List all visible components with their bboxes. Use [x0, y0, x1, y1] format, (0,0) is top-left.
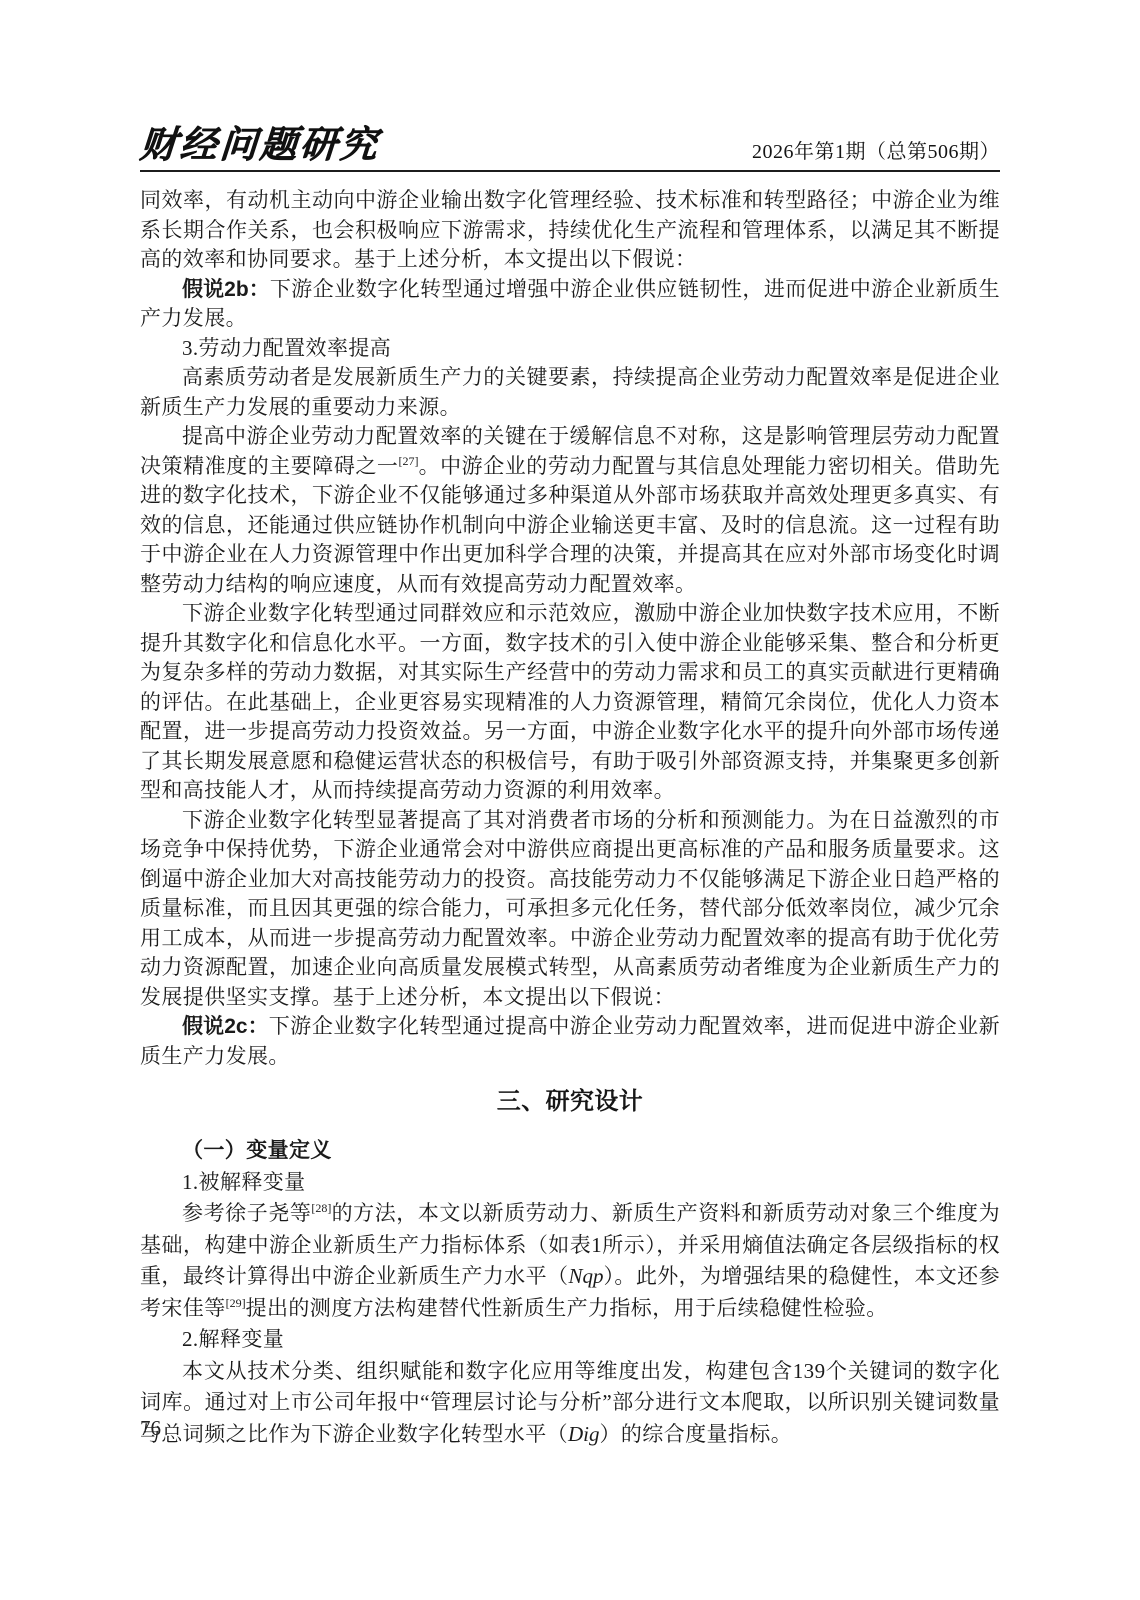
variable-nqp: Nqp [568, 1264, 603, 1288]
subsection-explanatory-variable: 2.解释变量 [140, 1324, 1000, 1356]
paragraph-labor-intro: 高素质劳动者是发展新质生产力的关键要素，持续提高企业劳动力配置效率是促进企业新质… [140, 363, 1000, 422]
paragraph-explanatory-variable: 本文从技术分类、组织赋能和数字化应用等维度出发，构建包含139个关键词的数字化词… [140, 1356, 1000, 1451]
paragraph-continuation: 同效率，有动机主动向中游企业输出数字化管理经验、技术标准和转型路径；中游企业为维… [140, 186, 1000, 275]
page-number: 76 [140, 1416, 161, 1441]
citation-27: [27] [398, 454, 418, 468]
hypothesis-2b: 假说2b：下游企业数字化转型通过增强中游企业供应链韧性，进而促进中游企业新质生产… [140, 275, 1000, 334]
subsection-explained-variable: 1.被解释变量 [140, 1167, 1000, 1199]
paragraph-labor-info: 提高中游企业劳动力配置效率的关键在于缓解信息不对称，这是影响管理层劳动力配置决策… [140, 422, 1000, 599]
subsection-variable-definition: （一）变量定义 [140, 1135, 1000, 1167]
page-header: 财经问题研究 2026年第1期（总第506期） [140, 124, 1000, 170]
variables-section: （一）变量定义 1.被解释变量 参考徐子尧等[28]的方法，本文以新质劳动力、新… [140, 1135, 1000, 1450]
paragraph-text: ）的综合度量指标。 [600, 1422, 793, 1446]
header-divider [140, 170, 1000, 172]
paragraph-text: 参考徐子尧等 [182, 1201, 311, 1225]
article-body: 同效率，有动机主动向中游企业输出数字化管理经验、技术标准和转型路径；中游企业为维… [140, 186, 1000, 1450]
issue-info: 2026年第1期（总第506期） [752, 135, 1000, 164]
paragraph-text: 提出的测度方法构建替代性新质生产力指标，用于后续稳健性检验。 [246, 1296, 888, 1320]
variable-dig: Dig [568, 1422, 600, 1446]
paragraph-labor-digital: 下游企业数字化转型通过同群效应和示范效应，激励中游企业加快数字技术应用，不断提升… [140, 599, 1000, 806]
subsection-3-label: 3.劳动力配置效率提高 [140, 334, 1000, 364]
hypothesis-2c: 假说2c：下游企业数字化转型通过提高中游企业劳动力配置效率，进而促进中游企业新质… [140, 1012, 1000, 1071]
section-heading-research-design: 三、研究设计 [140, 1085, 1000, 1119]
hypothesis-2b-text: 下游企业数字化转型通过增强中游企业供应链韧性，进而促进中游企业新质生产力发展。 [140, 277, 1000, 331]
citation-29: [29] [226, 1296, 246, 1310]
hypothesis-2b-label: 假说2b： [182, 278, 270, 301]
hypothesis-2c-label: 假说2c： [182, 1015, 269, 1038]
journal-page: 财经问题研究 2026年第1期（总第506期） 同效率，有动机主动向中游企业输出… [0, 0, 1140, 1600]
paragraph-explained-variable: 参考徐子尧等[28]的方法，本文以新质劳动力、新质生产资料和新质劳动对象三个维度… [140, 1198, 1000, 1324]
citation-28: [28] [311, 1201, 331, 1215]
journal-logo: 财经问题研究 [138, 114, 382, 168]
hypothesis-2c-text: 下游企业数字化转型通过提高中游企业劳动力配置效率，进而促进中游企业新质生产力发展… [140, 1014, 1000, 1068]
paragraph-labor-market: 下游企业数字化转型显著提高了其对消费者市场的分析和预测能力。为在日益激烈的市场竞… [140, 806, 1000, 1013]
